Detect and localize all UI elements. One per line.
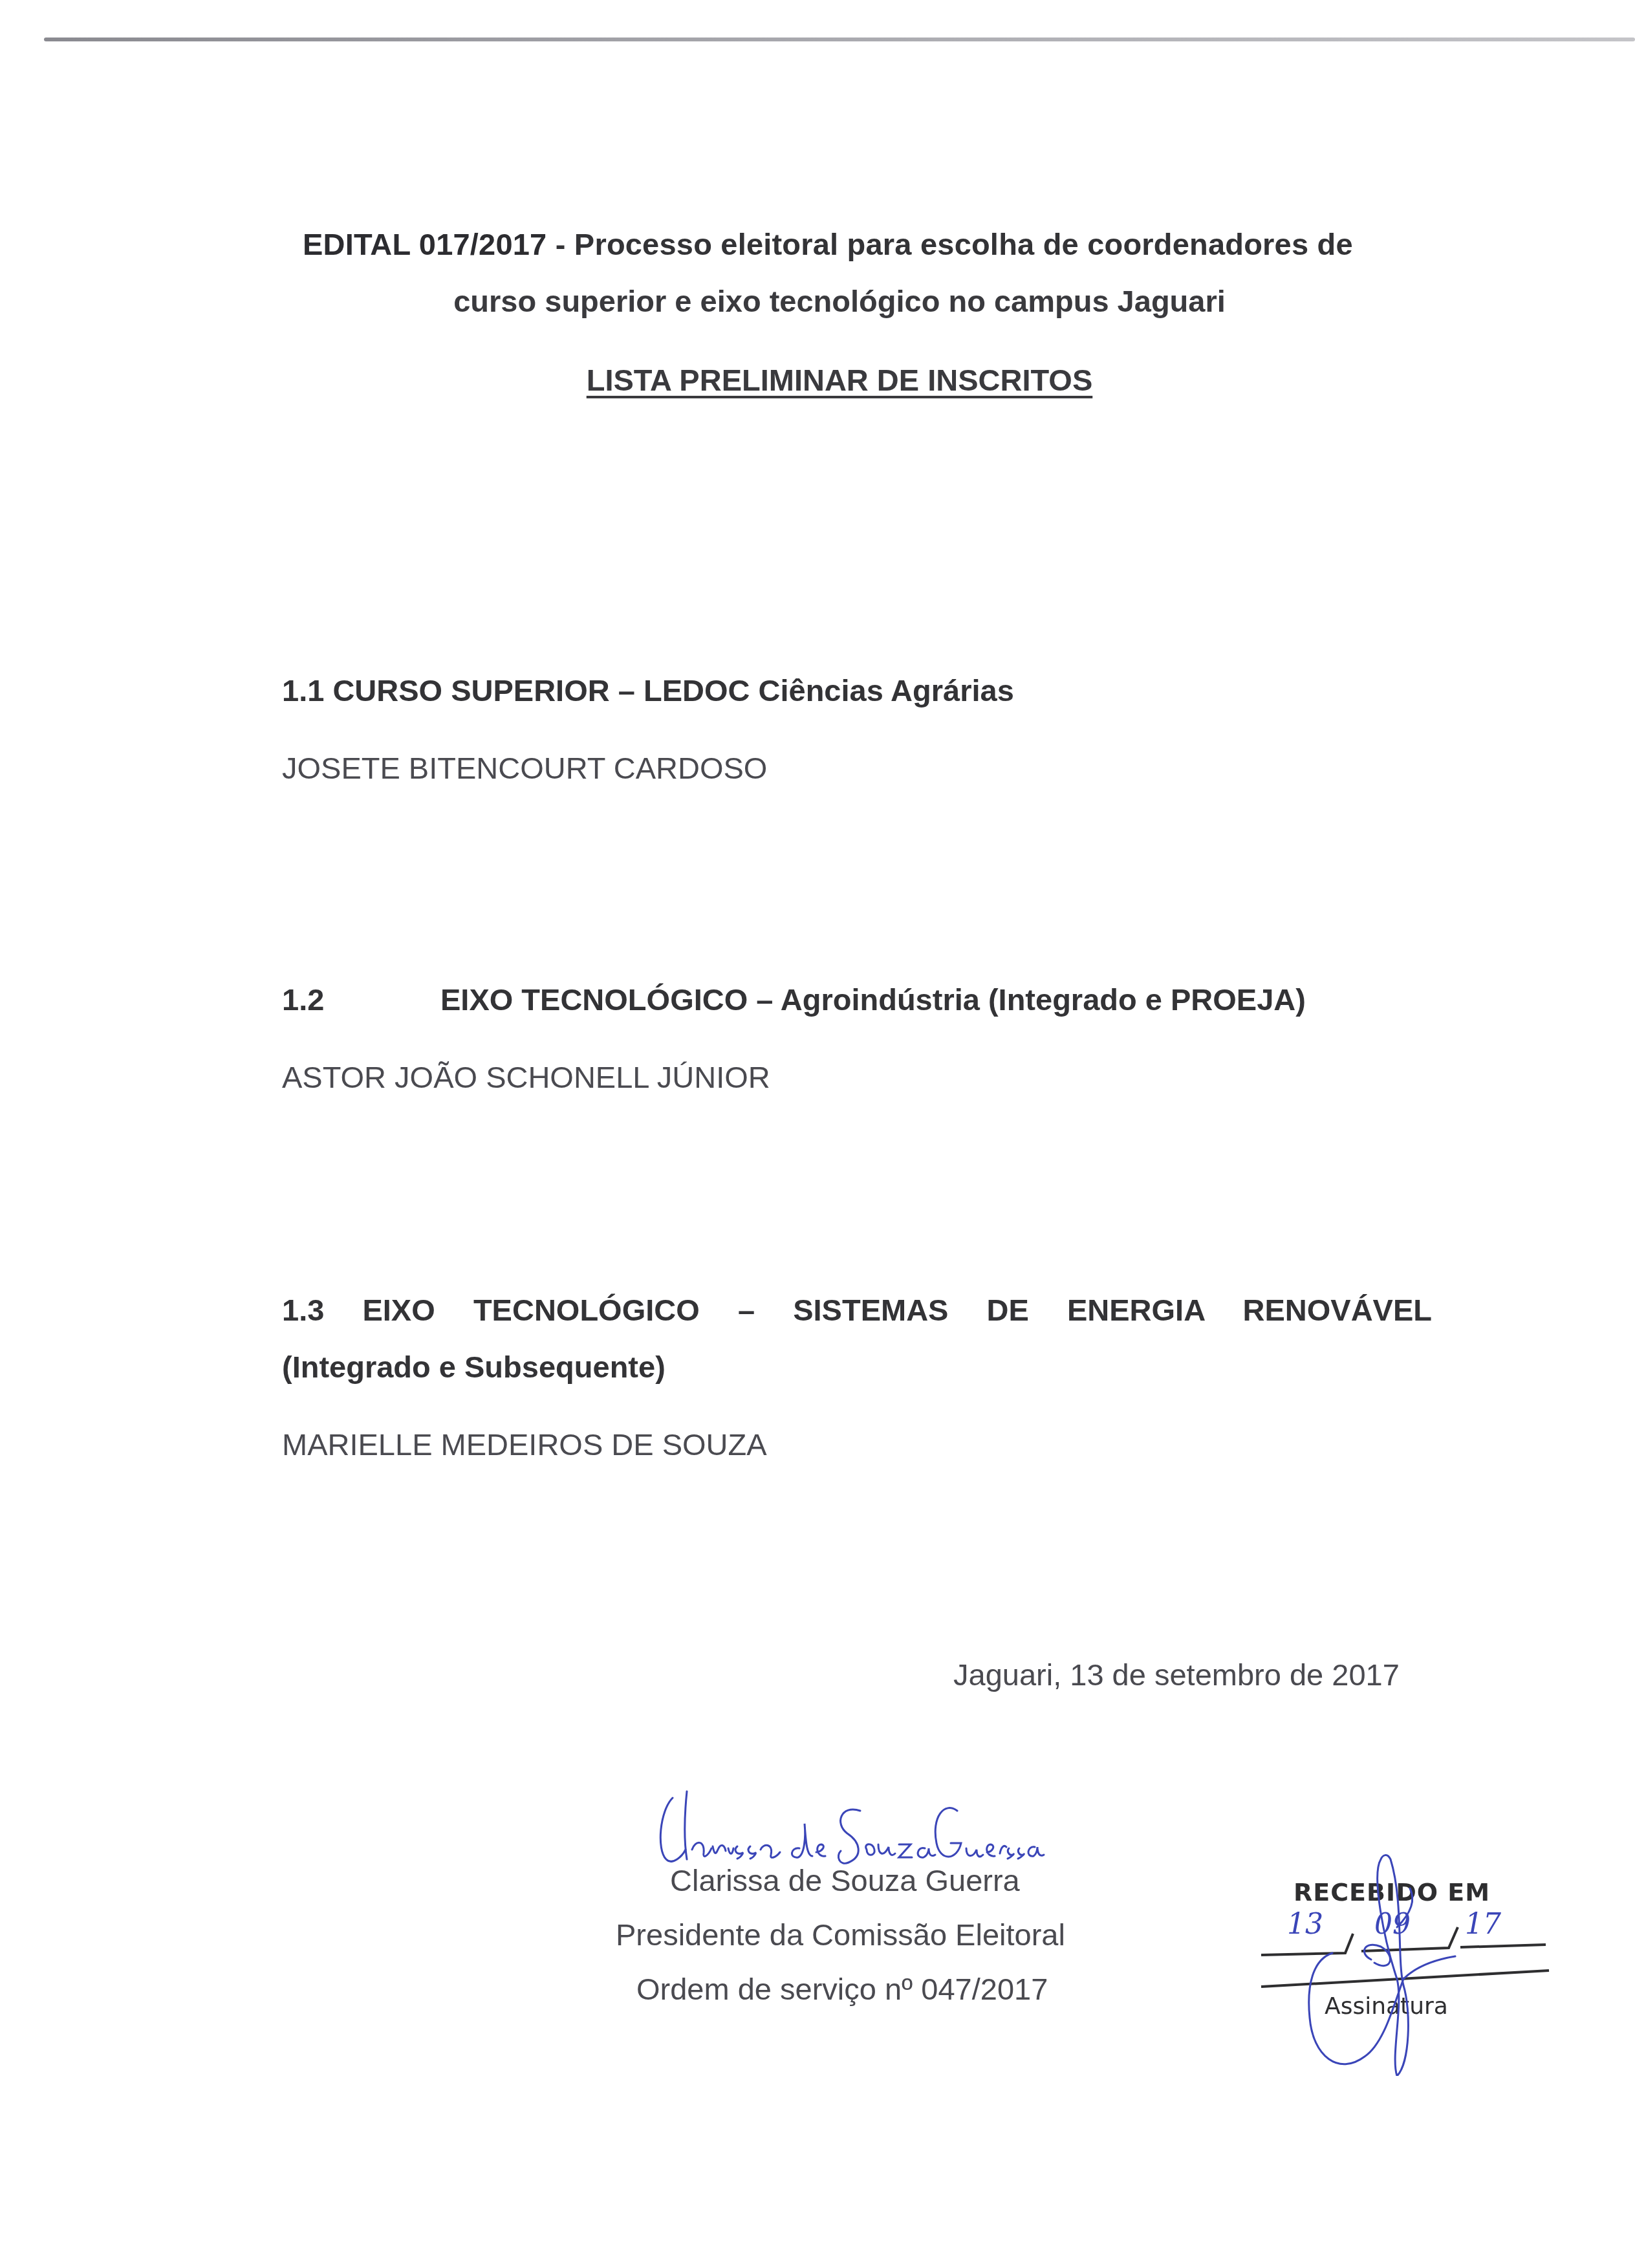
received-stamp: RECEBIDO EM 13 09 17 Assinatura bbox=[1242, 1850, 1565, 2076]
place-and-date: Jaguari, 13 de setembro de 2017 bbox=[953, 1657, 1400, 1692]
scan-edge-line bbox=[44, 38, 1635, 41]
candidate-name-1-1: JOSETE BITENCOURT CARDOSO bbox=[282, 750, 767, 786]
candidate-name-1-2: ASTOR JOÃO SCHONELL JÚNIOR bbox=[282, 1059, 770, 1095]
title-description: - Processo eleitoral para escolha de coo… bbox=[547, 227, 1352, 261]
document-title: EDITAL 017/2017 - Processo eleitoral par… bbox=[303, 226, 1353, 262]
section-title: EIXO TECNOLÓGICO – Agroindústria (Integr… bbox=[440, 982, 1306, 1017]
stamp-lines-and-initials bbox=[1242, 1850, 1565, 2076]
signer-name: Clarissa de Souza Guerra bbox=[670, 1863, 1020, 1898]
handwritten-signature bbox=[647, 1772, 1061, 1875]
section-number: 1.2 bbox=[282, 982, 440, 1017]
edital-number: EDITAL 017/2017 bbox=[303, 227, 547, 261]
section-heading-1-2: 1.2EIXO TECNOLÓGICO – Agroindústria (Int… bbox=[282, 982, 1306, 1017]
section-heading-1-3-continued: (Integrado e Subsequente) bbox=[282, 1349, 666, 1385]
section-heading-1-1: 1.1 CURSO SUPERIOR – LEDOC Ciências Agrá… bbox=[282, 673, 1014, 708]
signer-role: Presidente da Comissão Eleitoral bbox=[616, 1917, 1065, 1952]
section-heading-1-3: 1.3 EIXO TECNOLÓGICO – SISTEMAS DE ENERG… bbox=[282, 1292, 1432, 1328]
signer-order: Ordem de serviço nº 047/2017 bbox=[636, 1971, 1048, 2007]
document-subtitle: LISTA PRELIMINAR DE INSCRITOS bbox=[22, 362, 1635, 398]
candidate-name-1-3: MARIELLE MEDEIROS DE SOUZA bbox=[282, 1427, 767, 1462]
document-title-continued: curso superior e eixo tecnológico no cam… bbox=[22, 283, 1635, 319]
